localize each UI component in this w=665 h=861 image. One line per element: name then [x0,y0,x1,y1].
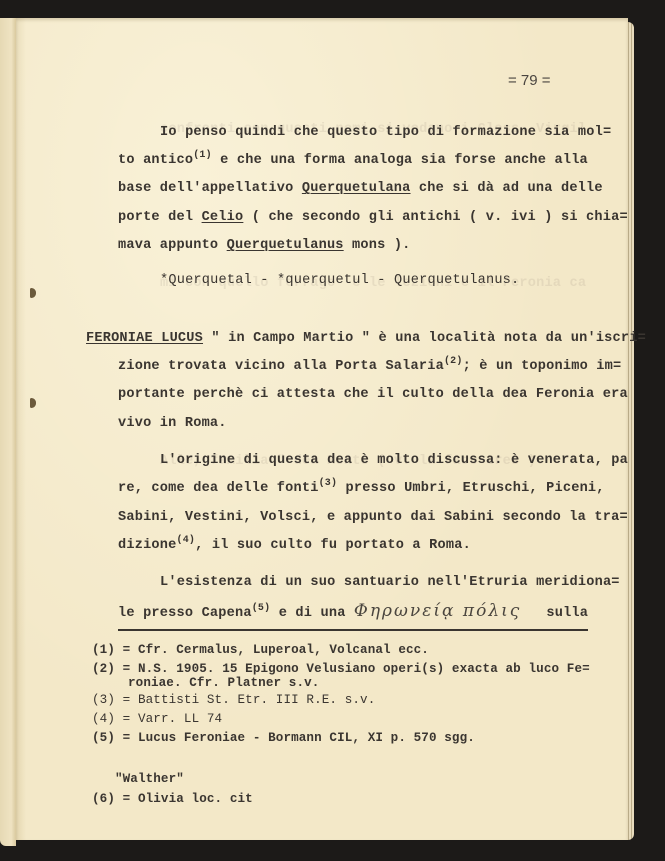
footnote-ref[interactable]: (3) [319,478,338,489]
footnote-ref[interactable]: (2) [444,356,463,367]
bleed-through-text: "Walther" [92,772,184,786]
footnote: (2) = N.S. 1905. 15 Epigono Velusiano op… [92,662,590,676]
page-number: = 79 = [508,72,551,89]
footnote-separator [118,629,588,631]
footnote-continuation: roniae. Cfr. Platner s.v. [128,676,319,690]
footnote-ref[interactable]: (4) [177,535,196,546]
body-line: L'esistenza di un suo santuario nell'Etr… [160,575,620,590]
facing-page-edge [0,18,16,846]
footnote: (5) = Lucus Feroniae - Bormann CIL, XI p… [92,731,475,745]
footnote-ref[interactable]: (1) [193,150,212,161]
footnote: (4) = Varr. LL 74 [92,712,222,726]
body-line: Sabini, Vestini, Volsci, e appunto dai S… [118,510,628,525]
footnote: (3) = Battisti St. Etr. III R.E. s.v. [92,693,375,707]
body-line: FERONIAE LUCUS " in Campo Martio " è una… [86,331,646,346]
bleed-through-text: (6) = Olivia loc. cit [92,792,253,806]
body-line: vivo in Roma. [118,416,227,431]
binding-hole [30,288,36,298]
body-line: mava appunto Querquetulanus mons ). [118,238,411,253]
body-line: zione trovata vicino alla Porta Salaria(… [118,359,621,374]
emphasis-term: Celio [202,210,244,225]
body-line: porte del Celio ( che secondo gli antich… [118,210,628,225]
derivation-line: *Querquetal - *querquetul - Querquetulan… [160,273,519,288]
emphasis-term: Querquetulana [302,181,411,196]
body-line: le presso Capena(5) e di una Φηρωνείᾳ πό… [118,601,588,621]
body-line: to antico(1) e che una forma analoga sia… [118,153,588,168]
body-line: base dell'appellativo Querquetulana che … [118,181,603,196]
body-line: Io penso quindi che questo tipo di forma… [160,125,611,140]
footnote-ref[interactable]: (5) [252,603,271,614]
footnote: (1) = Cfr. Cermalus, Luperoal, Volcanal … [92,643,429,657]
body-line: L'origine di questa dea è molto discussa… [160,453,628,468]
lemma-heading: FERONIAE LUCUS [86,331,203,346]
body-line: dizione(4), il suo culto fu portato a Ro… [118,538,471,553]
binding-hole [30,398,36,408]
handwritten-greek: Φηρωνείᾳ πόλις [354,601,521,621]
emphasis-term: Querquetulanus [227,238,344,253]
body-line: re, come dea delle fonti(3) presso Umbri… [118,481,605,496]
body-line: portante perchè ci attesta che il culto … [118,387,628,402]
